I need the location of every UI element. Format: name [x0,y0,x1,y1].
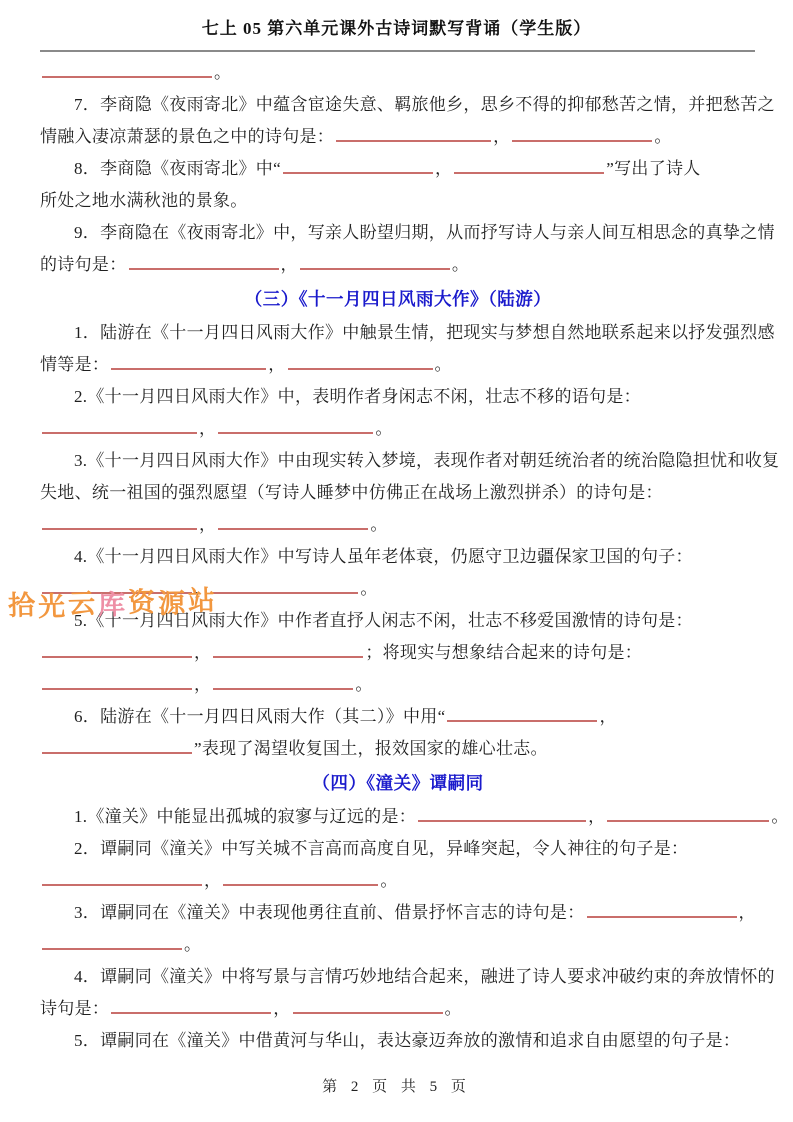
line-text: 3.《十一月四日风雨大作》中由现实转入梦境，表现作者对朝廷统治者的统治隐隐担忧和… [74,451,779,470]
line-text: 8．李商隐《夜雨寄北》中“ [74,159,281,178]
line-text: 。 [445,999,462,1018]
answer-blank [111,998,271,1014]
line-text: 3．谭嗣同在《潼关》中表现他勇往直前、借景抒怀言志的诗句是： [74,903,585,922]
line-text: 4.《十一月四日风雨大作》中写诗人虽年老体衰，仍愿守卫边疆保家卫国的句子： [74,547,693,566]
answer-blank [512,126,652,142]
answer-blank [418,806,586,822]
document-line: 7．李商隐《夜雨寄北》中蕴含宦途失意、羁旅他乡，思乡不得的抑郁愁苦之情，并把愁苦… [40,89,756,121]
answer-blank [454,158,604,174]
document-line: ，；将现实与想象结合起来的诗句是： [40,637,756,669]
answer-blank [42,870,202,886]
document-line: 的诗句是：，。 [40,249,756,281]
line-text: 9．李商隐在《夜雨寄北》中，写亲人盼望归期，从而抒写诗人与亲人间互相思念的真挚之… [74,223,775,242]
line-text: 。 [435,355,452,374]
document-line: ，。 [40,669,756,701]
document-line: 诗句是：，。 [40,993,756,1025]
answer-blank [447,706,597,722]
line-text: 。 [370,515,387,534]
document-line: 3.《十一月四日风雨大作》中由现实转入梦境，表现作者对朝廷统治者的统治隐隐担忧和… [40,445,756,477]
line-text: 的诗句是： [40,255,127,274]
section-heading: （三）《十一月四日风雨大作》（陆游） [40,282,756,316]
document-line: ，。 [40,509,756,541]
line-text: ， [493,127,510,146]
document-line: 。 [40,57,756,89]
line-text: ”表现了渴望收复国土，报效国家的雄心壮志。 [194,739,548,758]
line-text: 诗句是： [40,999,109,1018]
line-text: 。 [380,871,397,890]
line-text: ， [268,355,285,374]
document-line: 2.《十一月四日风雨大作》中，表明作者身闲志不闲，壮志不移的语句是： [40,381,756,413]
answer-blank [42,674,192,690]
line-text: ， [281,255,298,274]
line-text: ， [204,871,221,890]
line-text: ”写出了诗人 [606,159,700,178]
answer-blank [218,418,373,434]
line-text: 2.《十一月四日风雨大作》中，表明作者身闲志不闲，壮志不移的语句是： [74,387,641,406]
answer-blank [293,998,443,1014]
answer-blank [213,578,358,594]
section-heading: （四）《潼关》谭嗣同 [40,766,756,800]
answer-blank [42,934,182,950]
document-line: 4.《十一月四日风雨大作》中写诗人虽年老体衰，仍愿守卫边疆保家卫国的句子： [40,541,756,573]
line-text: 7．李商隐《夜雨寄北》中蕴含宦途失意、羁旅他乡，思乡不得的抑郁愁苦之情，并把愁苦… [74,95,775,114]
page-header-title: 七上 05 第六单元课外古诗词默写背诵（学生版） [0,14,793,39]
line-text: 。 [360,579,377,598]
document-line: 3．谭嗣同在《潼关》中表现他勇往直前、借景抒怀言志的诗句是：， [40,897,756,929]
answer-blank [288,354,433,370]
line-text: ， [194,579,211,598]
answer-blank [42,578,192,594]
line-text: 4．谭嗣同《潼关》中将写景与言情巧妙地结合起来，融进了诗人要求冲破约束的奔放情怀… [74,967,775,986]
line-text: 1.《潼关》中能显出孤城的寂寥与辽远的是： [74,807,416,826]
line-text: 5．谭嗣同在《潼关》中借黄河与华山，表达豪迈奔放的激情和追求自由愿望的句子是： [74,1031,740,1050]
answer-blank [223,870,378,886]
document-line: 所处之地水满秋池的景象。 [40,185,756,217]
answer-blank [283,158,433,174]
document-line: 9．李商隐在《夜雨寄北》中，写亲人盼望归期，从而抒写诗人与亲人间互相思念的真挚之… [40,217,756,249]
answer-blank [300,254,450,270]
document-body: 。7．李商隐《夜雨寄北》中蕴含宦途失意、羁旅他乡，思乡不得的抑郁愁苦之情，并把愁… [40,57,756,1057]
answer-blank [336,126,491,142]
answer-blank [129,254,279,270]
answer-blank [42,738,192,754]
line-text: 6．陆游在《十一月四日风雨大作（其二）》中用“ [74,707,445,726]
document-line: 4．谭嗣同《潼关》中将写景与言情巧妙地结合起来，融进了诗人要求冲破约束的奔放情怀… [40,961,756,993]
line-text: ， [199,419,216,438]
answer-blank [42,514,197,530]
line-text: 所处之地水满秋池的景象。 [40,191,248,210]
answer-blank [587,902,737,918]
document-line: 1．陆游在《十一月四日风雨大作》中触景生情，把现实与梦想自然地联系起来以抒发强烈… [40,317,756,349]
line-text: 。 [771,807,788,826]
line-text: 情融入凄凉萧瑟的景色之中的诗句是： [40,127,334,146]
answer-blank [42,418,197,434]
line-text: ， [199,515,216,534]
answer-blank [42,642,192,658]
line-text: ， [739,903,756,922]
line-text: 。 [184,935,201,954]
document-line: 5．谭嗣同在《潼关》中借黄河与华山，表达豪迈奔放的激情和追求自由愿望的句子是： [40,1025,756,1057]
line-text: 5.《十一月四日风雨大作》中作者直抒人闲志不闲，壮志不移爱国激情的诗句是： [74,611,693,630]
document-line: 。 [40,929,756,961]
document-line: ，。 [40,413,756,445]
answer-blank [607,806,769,822]
line-text: 情等是： [40,355,109,374]
line-text: ， [194,675,211,694]
answer-blank [213,674,353,690]
line-text: 。 [452,255,469,274]
document-line: 情等是：，。 [40,349,756,381]
line-text: 1．陆游在《十一月四日风雨大作》中触景生情，把现实与梦想自然地联系起来以抒发强烈… [74,323,775,342]
document-line: ，。 [40,573,756,605]
answer-blank [111,354,266,370]
line-text: ；将现实与想象结合起来的诗句是： [365,643,642,662]
answer-blank [42,62,212,78]
line-text: 。 [214,63,231,82]
answer-blank [213,642,363,658]
document-line: 失地、统一祖国的强烈愿望（写诗人睡梦中仿佛正在战场上激烈拼杀）的诗句是： [40,477,756,509]
line-text: ， [588,807,605,826]
line-text: 失地、统一祖国的强烈愿望（写诗人睡梦中仿佛正在战场上激烈拼杀）的诗句是： [40,483,663,502]
answer-blank [218,514,368,530]
line-text: ， [435,159,452,178]
page-footer: 第 2 页 共 5 页 [0,1075,793,1096]
document-line: 6．陆游在《十一月四日风雨大作（其二）》中用“， [40,701,756,733]
document-line: 2．谭嗣同《潼关》中写关城不言高而高度自见，异峰突起，令人神往的句子是： [40,833,756,865]
document-line: 1.《潼关》中能显出孤城的寂寥与辽远的是：，。 [40,801,756,833]
line-text: 2．谭嗣同《潼关》中写关城不言高而高度自见，异峰突起，令人神往的句子是： [74,839,688,858]
document-line: ”表现了渴望收复国土，报效国家的雄心壮志。 [40,733,756,765]
line-text: ， [599,707,616,726]
line-text: 。 [654,127,671,146]
line-text: 。 [355,675,372,694]
watermark-char: 拾 [8,583,39,623]
document-line: 5.《十一月四日风雨大作》中作者直抒人闲志不闲，壮志不移爱国激情的诗句是： [40,605,756,637]
line-text: ， [194,643,211,662]
header-rule [40,50,755,52]
line-text: ， [273,999,290,1018]
document-line: ，。 [40,865,756,897]
document-line: 情融入凄凉萧瑟的景色之中的诗句是：，。 [40,121,756,153]
line-text: 。 [375,419,392,438]
document-line: 8．李商隐《夜雨寄北》中“，”写出了诗人 [40,153,756,185]
